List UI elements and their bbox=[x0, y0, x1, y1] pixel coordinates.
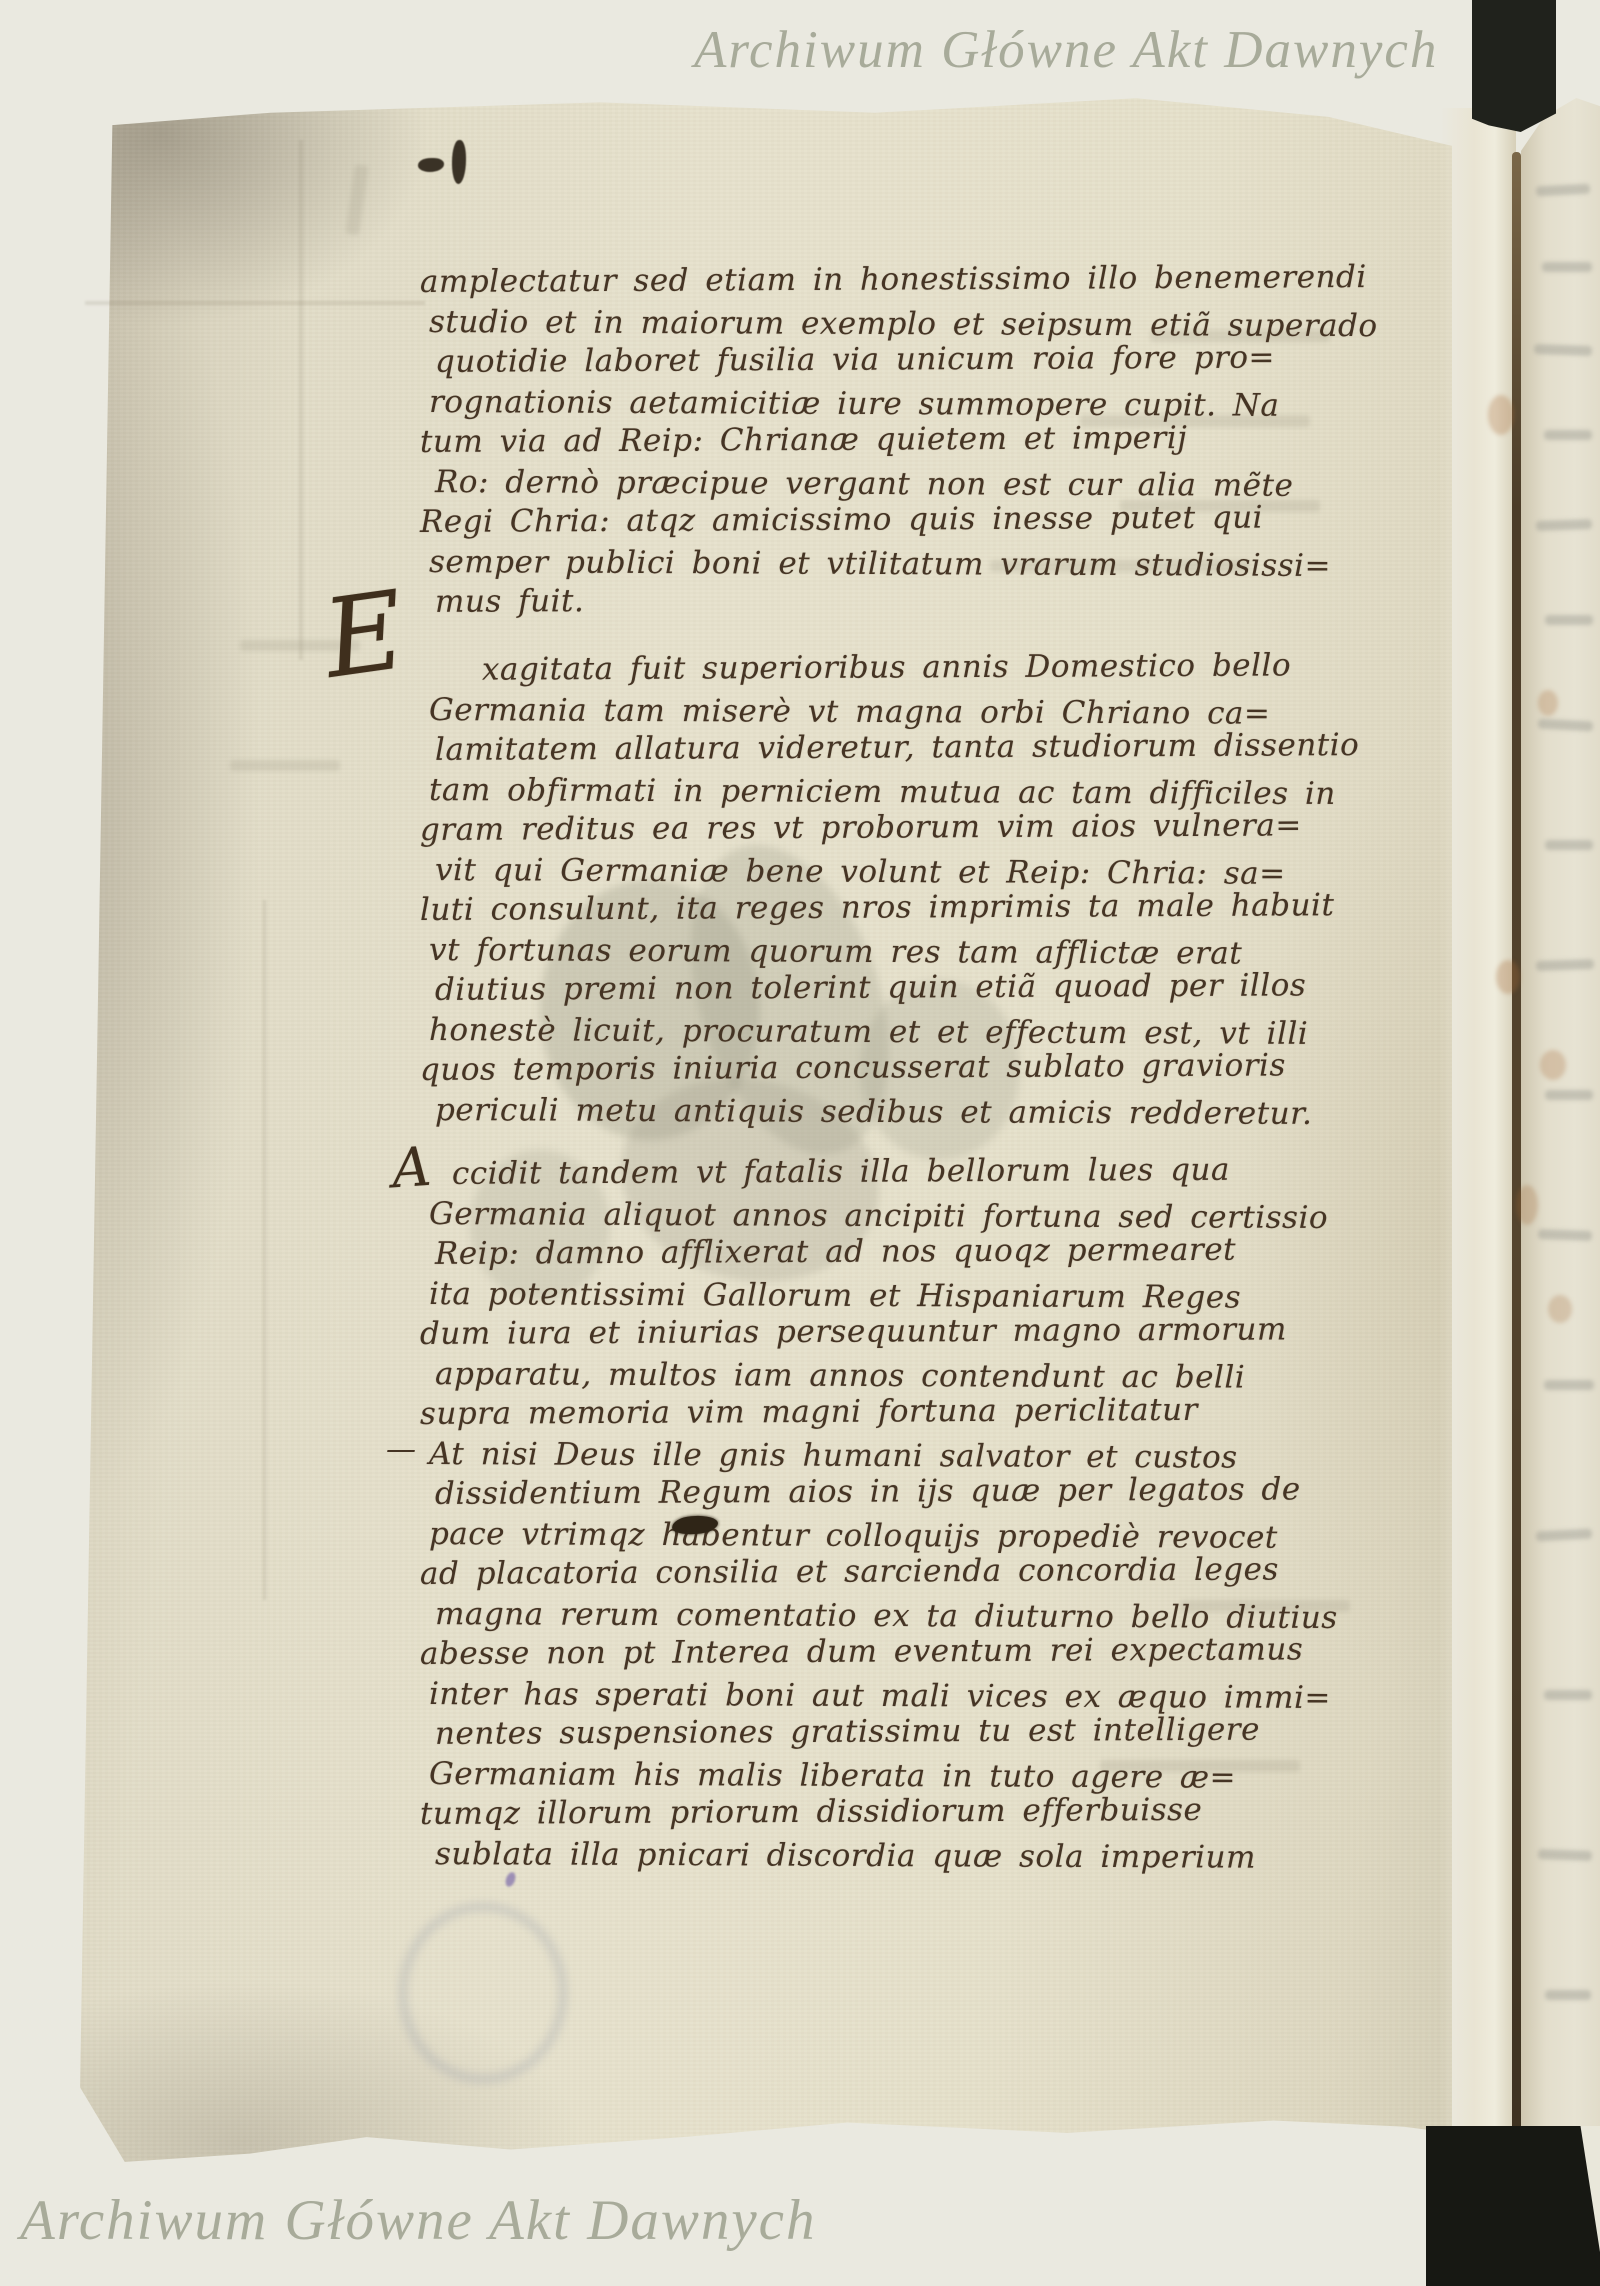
manuscript-line: ccidit tandem vt fatalis illa bellorum l… bbox=[420, 1149, 1470, 1194]
horizontal-crease bbox=[85, 300, 425, 306]
manuscript-line: nentes suspensiones gratissimu tu est in… bbox=[420, 1709, 1470, 1754]
manuscript-paragraph-2: E xagitata fuit superioribus annis Domes… bbox=[420, 650, 1470, 1130]
vertical-crease bbox=[262, 900, 267, 1600]
show-through-text bbox=[1545, 840, 1593, 850]
manuscript-line: mus fuit. bbox=[420, 577, 1470, 622]
scanner-black-band-top bbox=[1472, 0, 1556, 132]
paragraph-lines: ccidit tandem vt fatalis illa bellorum l… bbox=[420, 1154, 1470, 1874]
manuscript-line: tum via ad Reip: Chrianæ quietem et impe… bbox=[420, 417, 1470, 462]
show-through-text bbox=[1545, 615, 1593, 625]
manuscript-line: dissidentium Regum aios in ijs quæ per l… bbox=[420, 1469, 1470, 1514]
scanner-black-band-bottom bbox=[1426, 2126, 1600, 2286]
manuscript-line: lamitatem allatura videretur, tanta stud… bbox=[420, 725, 1470, 770]
archive-watermark-top: Archiwum Główne Akt Dawnych bbox=[694, 20, 1438, 80]
show-through-text bbox=[1545, 1990, 1591, 2000]
manuscript-line: supra memoria vim magni fortuna periclit… bbox=[420, 1389, 1470, 1434]
show-through-text bbox=[1538, 1849, 1592, 1861]
manuscript-paragraph-3: A ccidit tandem vt fatalis illa bellorum… bbox=[420, 1154, 1470, 1874]
rust-stain bbox=[1540, 1050, 1566, 1080]
rust-stain bbox=[1548, 1295, 1572, 1323]
rust-stain bbox=[1488, 395, 1514, 435]
facing-page-edge bbox=[1521, 98, 1600, 2134]
manuscript-line: quotidie laboret fusilia via unicum roia… bbox=[420, 337, 1470, 382]
binding-gutter-shadow bbox=[1512, 152, 1521, 2134]
margin-dash: — bbox=[386, 1432, 416, 1467]
manuscript-paragraph-1: amplectatur sed etiam in honestissimo il… bbox=[420, 262, 1470, 622]
vertical-crease bbox=[298, 140, 304, 660]
manuscript-line: amplectatur sed etiam in honestissimo il… bbox=[420, 257, 1470, 302]
rust-stain bbox=[1496, 960, 1520, 994]
manuscript-line: Reip: damno afflixerat ad nos quoqz perm… bbox=[420, 1229, 1470, 1274]
show-through-text bbox=[1534, 344, 1592, 356]
show-through-text bbox=[1536, 959, 1594, 971]
archive-watermark-bottom: Archiwum Główne Akt Dawnych bbox=[20, 2188, 816, 2253]
show-through-text bbox=[1545, 1090, 1593, 1100]
paragraph-lines: xagitata fuit superioribus annis Domesti… bbox=[420, 650, 1470, 1130]
paragraph-initial: E bbox=[323, 611, 407, 662]
show-through-text bbox=[1544, 1690, 1592, 1700]
manuscript-line: sublata illa pnicari discordia quæ sola … bbox=[420, 1834, 1470, 1879]
paragraph-lines: amplectatur sed etiam in honestissimo il… bbox=[420, 262, 1470, 622]
manuscript-line: abesse non pt Interea dum eventum rei ex… bbox=[420, 1629, 1470, 1674]
show-through-text bbox=[1538, 1229, 1592, 1241]
manuscript-line: ad placatoria consilia et sarcienda conc… bbox=[420, 1549, 1470, 1594]
show-through-text bbox=[1536, 519, 1592, 531]
show-through-text bbox=[230, 760, 340, 771]
manuscript-line: luti consulunt, ita reges nros imprimis … bbox=[420, 885, 1470, 930]
manuscript-line: quos temporis iniuria concusserat sublat… bbox=[420, 1045, 1470, 1090]
scan-canvas: amplectatur sed etiam in honestissimo il… bbox=[0, 0, 1600, 2286]
manuscript-line: dum iura et iniurias persequuntur magno … bbox=[420, 1309, 1470, 1354]
manuscript-line: diutius premi non tolerint quin etiã quo… bbox=[420, 965, 1470, 1010]
manuscript-line: Regi Chria: atqz amicissimo quis inesse … bbox=[420, 497, 1470, 542]
rust-stain bbox=[1538, 690, 1558, 716]
manuscript-line: periculi metu antiquis sedibus et amicis… bbox=[420, 1090, 1470, 1135]
manuscript-line: gram reditus ea res vt proborum vim aios… bbox=[420, 805, 1470, 850]
show-through-text bbox=[1544, 1380, 1594, 1390]
faint-round-stamp bbox=[398, 1902, 568, 2084]
rust-stain bbox=[1516, 1185, 1538, 1225]
manuscript-line: tumqz illorum priorum dissidiorum efferb… bbox=[420, 1789, 1470, 1834]
show-through-text bbox=[1544, 430, 1592, 440]
show-through-text bbox=[1542, 262, 1592, 272]
manuscript-line: xagitata fuit superioribus annis Domesti… bbox=[420, 645, 1470, 690]
